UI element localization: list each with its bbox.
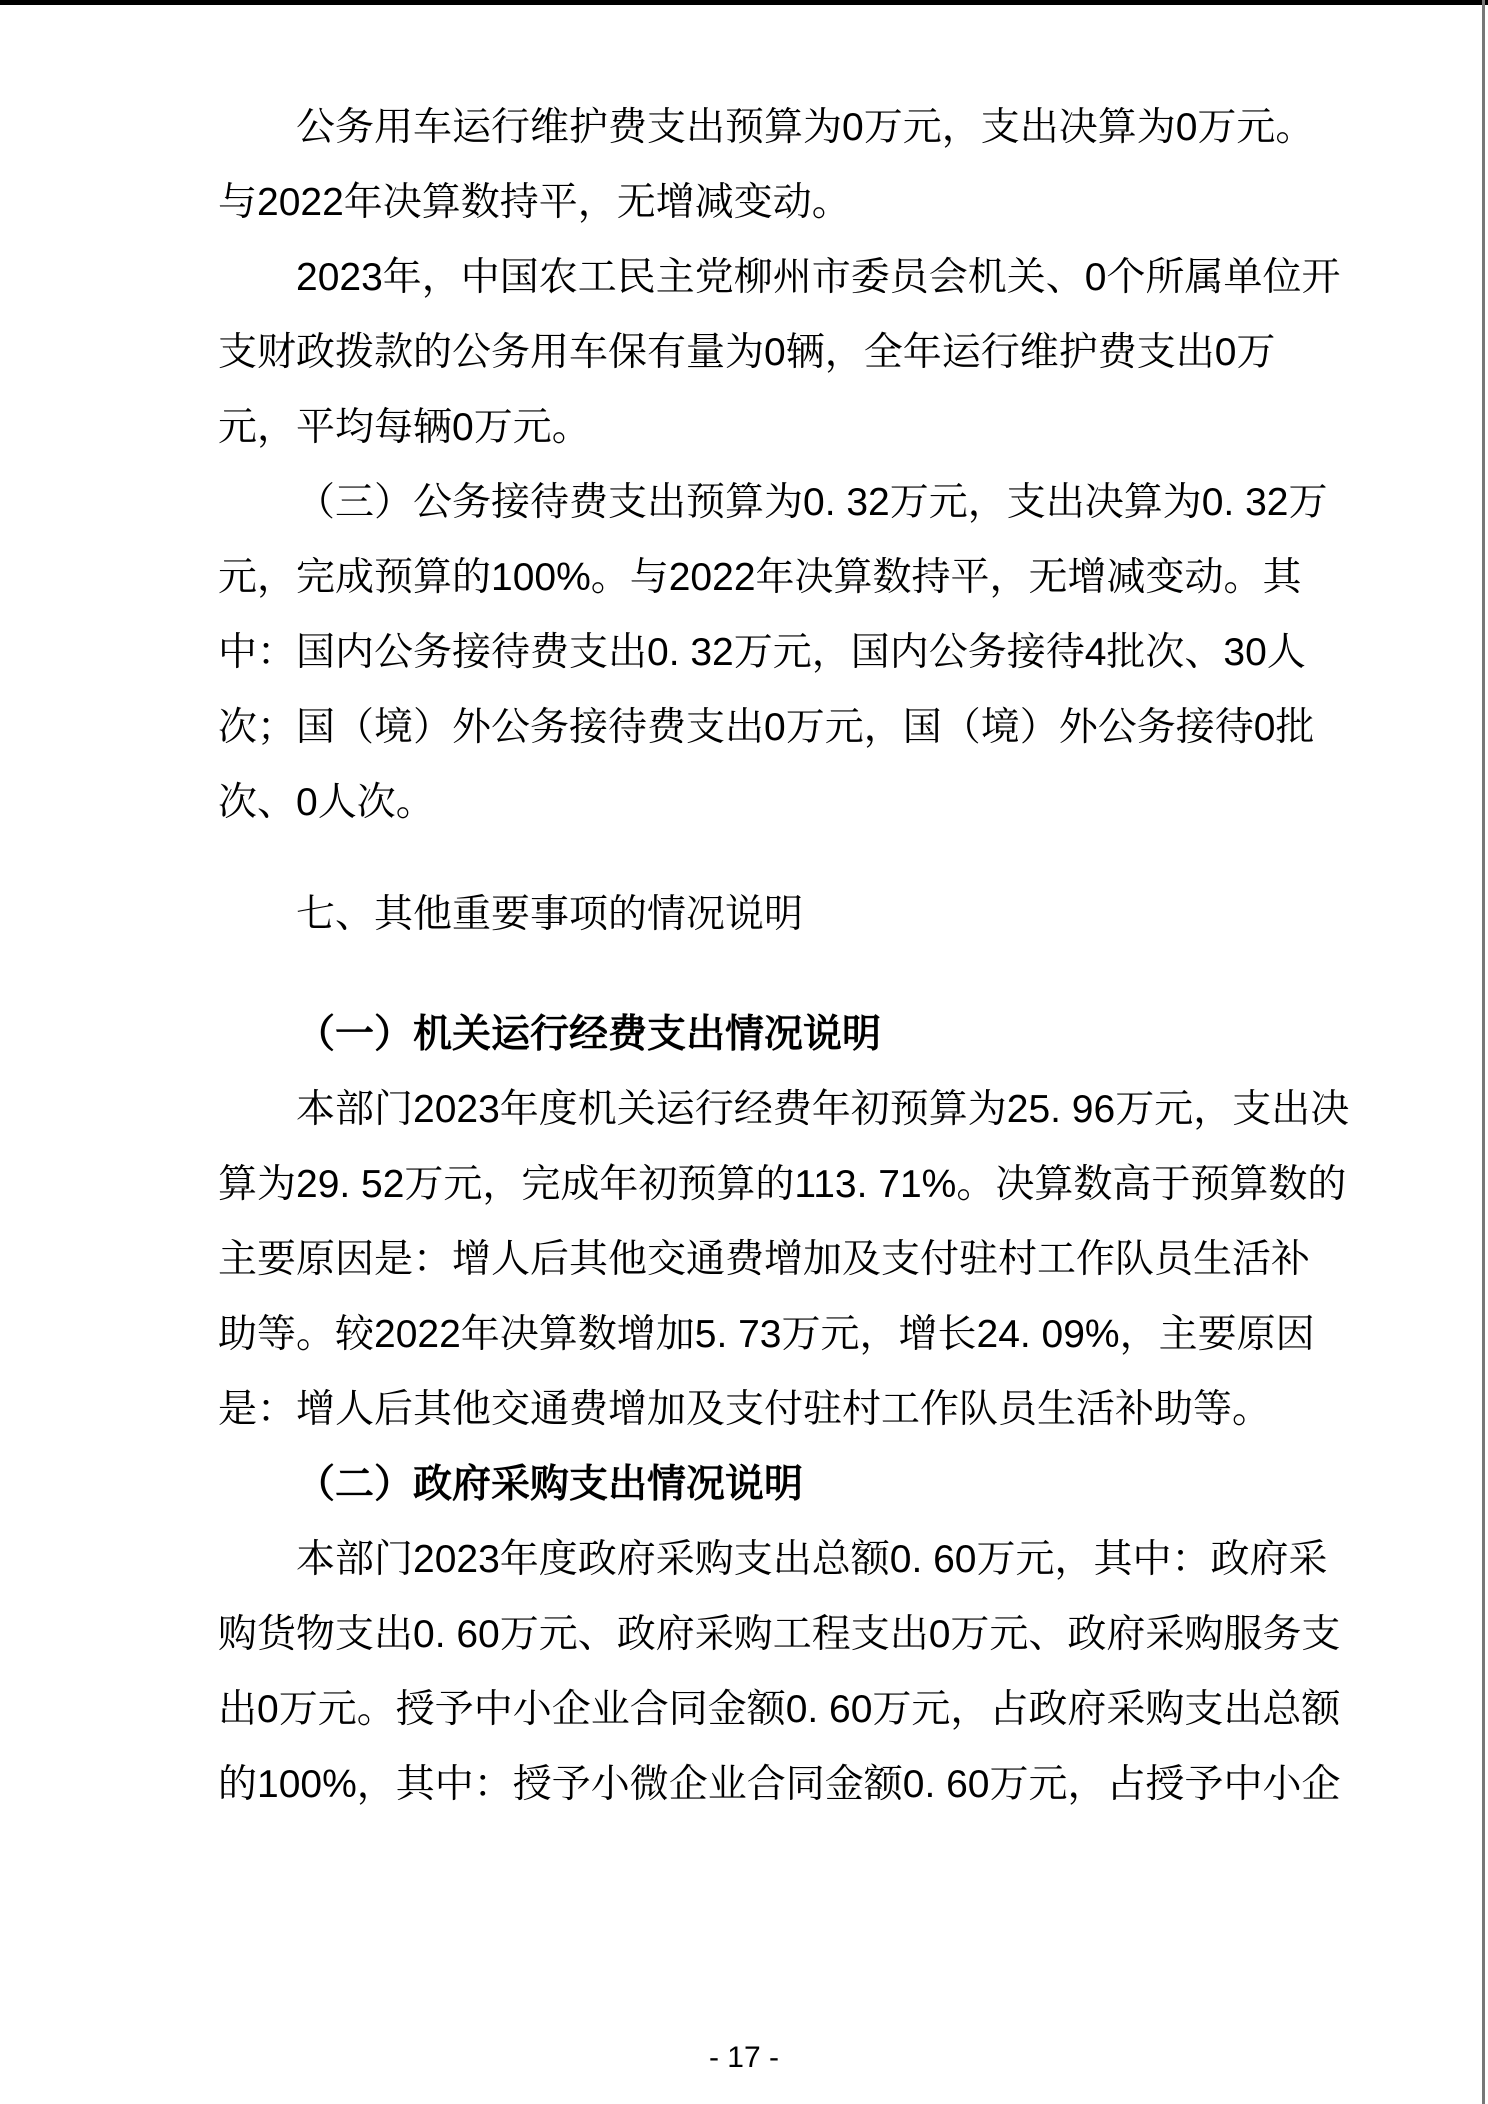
heading-section-seven: 七、其他重要事项的情况说明 (218, 877, 1293, 952)
paragraph-operating-expenses: 本部门2023年度机关运行经费年初预算为25. 96万元，支出决 算为29. 5… (218, 1072, 1293, 1447)
text-line: 主要原因是：增人后其他交通费增加及支付驻村工作队员生活补 (218, 1222, 1293, 1297)
text-line: 助等。较2022年决算数增加5. 73万元，增长24. 09%，主要原因 (218, 1297, 1293, 1372)
text-line: 本部门2023年度机关运行经费年初预算为25. 96万元，支出决 (218, 1072, 1293, 1147)
text-line: 公务用车运行维护费支出预算为0万元，支出决算为0万元。 (218, 90, 1293, 165)
paragraph-vehicle-fleet: 2023年，中国农工民主党柳州市委员会机关、0个所属单位开 支财政拨款的公务用车… (218, 240, 1293, 465)
text-line: 与2022年决算数持平，无增减变动。 (218, 165, 1293, 240)
paragraph-government-procurement: 本部门2023年度政府采购支出总额0. 60万元，其中：政府采 购货物支出0. … (218, 1522, 1293, 1822)
paragraph-official-reception: （三）公务接待费支出预算为0. 32万元，支出决算为0. 32万 元，完成预算的… (218, 465, 1293, 840)
text-line: 的100%，其中：授予小微企业合同金额0. 60万元，占授予中小企 (218, 1747, 1293, 1822)
text-line: 元，完成预算的100%。与2022年决算数持平，无增减变动。其 (218, 540, 1293, 615)
text-line: 算为29. 52万元，完成年初预算的113. 71%。决算数高于预算数的 (218, 1147, 1293, 1222)
window-top-border (0, 0, 1488, 5)
heading-government-procurement: （二）政府采购支出情况说明 (218, 1447, 1293, 1522)
text-line: 支财政拨款的公务用车保有量为0辆，全年运行维护费支出0万 (218, 315, 1293, 390)
paragraph-vehicle-maintenance-cost: 公务用车运行维护费支出预算为0万元，支出决算为0万元。 与2022年决算数持平，… (218, 90, 1293, 240)
text-line: 中：国内公务接待费支出0. 32万元，国内公务接待4批次、30人 (218, 615, 1293, 690)
text-line: 出0万元。授予中小企业合同金额0. 60万元，占政府采购支出总额 (218, 1672, 1293, 1747)
page-right-edge-line (1482, 0, 1485, 2104)
text-line: 元，平均每辆0万元。 (218, 390, 1293, 465)
page-number: - 17 - (0, 2040, 1488, 2076)
text-line: 2023年，中国农工民主党柳州市委员会机关、0个所属单位开 (218, 240, 1293, 315)
text-line: 本部门2023年度政府采购支出总额0. 60万元，其中：政府采 (218, 1522, 1293, 1597)
text-line: 是：增人后其他交通费增加及支付驻村工作队员生活补助等。 (218, 1372, 1293, 1447)
document-page: { "page": { "number": "- 17 -" }, "color… (0, 0, 1488, 2104)
document-body: 公务用车运行维护费支出预算为0万元，支出决算为0万元。 与2022年决算数持平，… (218, 90, 1293, 1822)
text-line: （三）公务接待费支出预算为0. 32万元，支出决算为0. 32万 (218, 465, 1293, 540)
text-line: 次、0人次。 (218, 765, 1293, 840)
text-line: 次；国（境）外公务接待费支出0万元，国（境）外公务接待0批 (218, 690, 1293, 765)
text-line: 购货物支出0. 60万元、政府采购工程支出0万元、政府采购服务支 (218, 1597, 1293, 1672)
heading-operating-expenses: （一）机关运行经费支出情况说明 (218, 997, 1293, 1072)
